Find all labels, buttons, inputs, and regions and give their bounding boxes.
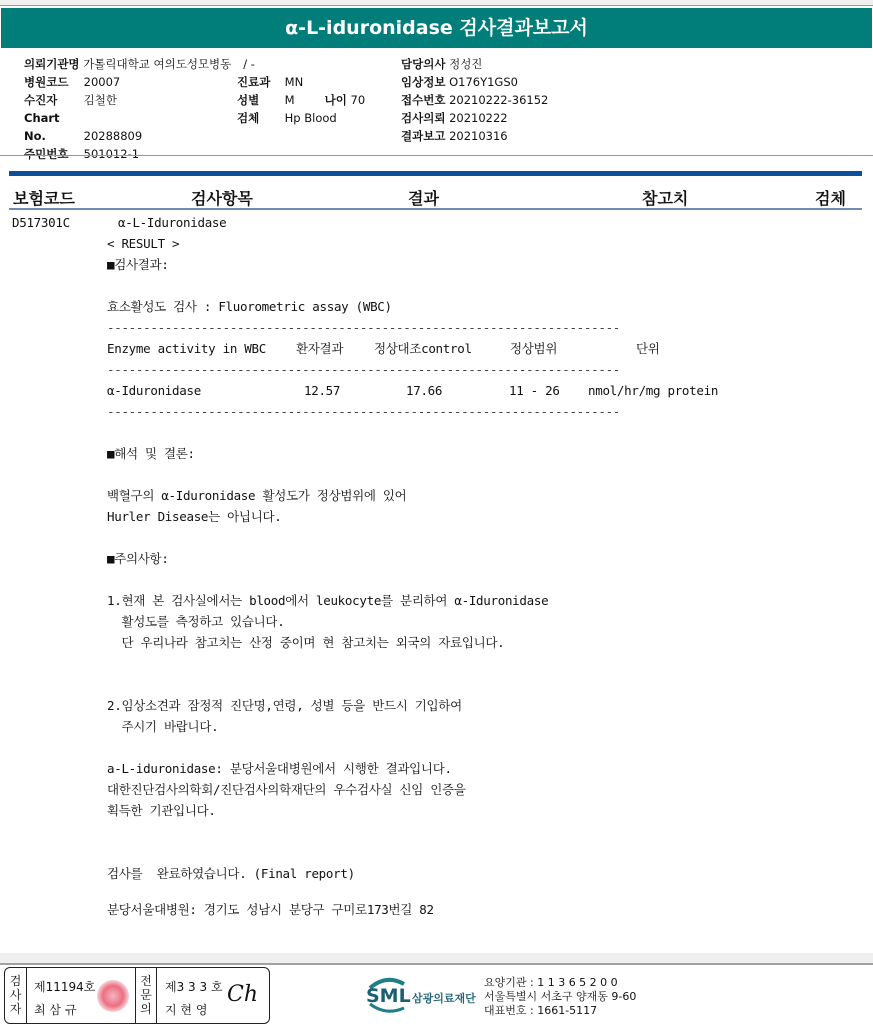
specimen-value: Hp Blood [285,109,337,127]
org-details: 요양기관 : 1 1 3 6 5 2 0 0 서울특별시 서초구 양재동 9-6… [484,976,636,1018]
department-label: 진료과 [237,73,281,91]
note-line: a-L-iduronidase: 분당서울대병원에서 시행한 결과입니다. [107,758,452,779]
report-value: 20210316 [449,127,508,145]
examiner-number: 제11194호 [34,978,95,995]
rrn-label: 주민번호 [24,145,80,163]
enzyme-col-unit: 단위 [636,338,660,359]
caution-line: 2.임상소견과 잠정적 진단명,연령, 성별 등을 반드시 기입하여 [107,695,462,716]
interpretation-line: 백혈구의 α-Iduronidase 활성도가 정상범위에 있어 [107,485,406,506]
receipt-value: 20210222-36152 [449,91,548,109]
final-report: 검사를 완료하였습니다. (Final report) [107,863,355,884]
caution-line: 단 우리나라 참고치는 산정 중이며 현 참고치는 외국의 자료입니다. [107,632,504,653]
caution-line: 1.현재 본 검사실에서는 blood에서 leukocyte를 분리하여 α-… [107,590,548,611]
patient-value: 김철한 [84,91,117,109]
dash-line: ----------------------------------------… [107,359,620,380]
specialist-name: 지 현 영 [165,1001,207,1018]
enzyme-col-name: Enzyme activity in WBC [107,338,266,359]
result-tag: < RESULT > [107,233,179,254]
lab-address: 분당서울대병원: 경기도 성남시 분당구 구미로173번길 82 [107,899,434,920]
institution-label: 의뢰기관명 [24,55,80,73]
sml-logo: SML 삼광의료재단 [364,972,484,1020]
section-interpretation: ■해석 및 결론: [107,443,195,464]
seal-icon [97,980,129,1012]
logo-text: SML [366,985,411,1007]
chart-label: Chart No. [24,109,80,145]
dash-line: ----------------------------------------… [107,401,620,422]
results-table-header: 보험코드 검사항목 결과 참고치 검체 [9,184,862,210]
enzyme-col-control: 정상대조control [374,338,472,359]
signature-icon: Ch [227,982,258,1007]
caution-line: 주시기 바랍니다. [107,716,218,737]
col-test-item: 검사항목 [191,186,253,209]
method: 효소활성도 검사 : Fluorometric assay (WBC) [107,296,392,317]
enzyme-row-patient: 12.57 [304,380,340,401]
specialist-number: 제3 3 3 호 [165,978,223,995]
doctor-value: 정성진 [449,55,482,73]
footer-divider [0,953,873,965]
rrn-value: 501012-1 [84,145,139,163]
section-result: ■검사결과: [107,254,169,275]
org-phone: 대표번호 : 1661-5117 [484,1004,636,1018]
enzyme-col-patient: 환자결과 [296,338,343,359]
col-result: 결과 [408,186,439,209]
chart-value: 20288809 [84,127,143,145]
dash-line: ----------------------------------------… [107,317,620,338]
department-value: MN [285,73,304,91]
org-name: 삼광의료재단 [412,990,476,1006]
signature-box: 검사자 제11194호 최 삼 규 전문의 제3 3 3 호 지 현 영 Ch [4,967,270,1024]
hospital-code-label: 병원코드 [24,73,80,91]
age-label: 나이 [325,91,347,109]
ward-value: / - [243,55,255,73]
caution-line: 활성도를 측정하고 있습니다. [107,611,284,632]
patient-info-middle: 진료과 MN 성별 M나이 70 검체 Hp Blood [237,73,365,127]
receipt-label: 접수번호 [401,91,445,109]
col-specimen: 검체 [815,186,846,209]
examiner-label: 검사자 [5,968,27,1023]
enzyme-row-unit: nmol/hr/mg protein [588,380,718,401]
note-line: 획득한 기관입니다. [107,800,216,821]
enzyme-row-control: 17.66 [406,380,442,401]
request-label: 검사의뢰 [401,109,445,127]
enzyme-row-name: α-Iduronidase [107,380,201,401]
patient-info-left: 의뢰기관명 가톨릭대학교 여의도성모병동/ - 병원코드 20007 수진자 김… [24,55,255,163]
report-title: α-L-iduronidase 검사결과보고서 [1,8,872,48]
note-line: 대한진단검사의학회/진단검사의학재단의 우수검사실 신임 인증을 [107,779,466,800]
specialist-label: 전문의 [135,968,157,1023]
insurance-code: D517301C [12,212,70,233]
enzyme-row-range: 11 - 26 [509,380,560,401]
institution-value: 가톨릭대학교 여의도성모병동 [83,55,231,73]
org-code: 요양기관 : 1 1 3 6 5 2 0 0 [484,976,636,990]
clinical-value: O176Y1GS0 [449,73,518,91]
interpretation-line: Hurler Disease는 아닙니다. [107,506,282,527]
divider [0,155,873,156]
enzyme-col-range: 정상범위 [510,338,557,359]
request-value: 20210222 [449,109,508,127]
hospital-code-value: 20007 [84,73,121,91]
section-caution: ■주의사항: [107,548,169,569]
blue-rule [9,171,862,176]
patient-label: 수진자 [24,91,80,109]
specimen-label: 검체 [237,109,281,127]
org-address: 서울특별시 서초구 양재동 9-60 [484,990,636,1004]
sex-label: 성별 [237,91,281,109]
col-insurance-code: 보험코드 [13,186,75,209]
top-border [0,0,873,6]
test-name: α-L-Iduronidase [118,212,226,233]
col-reference: 참고치 [642,186,688,209]
doctor-label: 담당의사 [401,55,445,73]
examiner-name: 최 삼 규 [34,1001,76,1018]
sex-value: M [285,91,319,109]
clinical-label: 임상정보 [401,73,445,91]
patient-info-right: 담당의사 정성진 임상정보 O176Y1GS0 접수번호 20210222-36… [401,55,548,145]
report-label: 결과보고 [401,127,445,145]
age-value: 70 [351,91,366,109]
